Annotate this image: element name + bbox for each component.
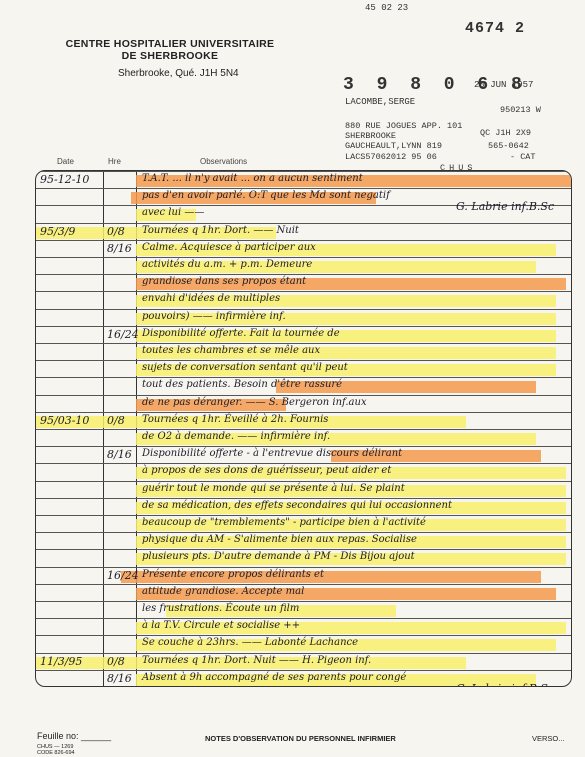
entry-text: grandiose dans ses propos étant	[142, 276, 306, 287]
top-code: 45 02 23	[365, 3, 408, 13]
entry-text: Disponibilité offerte - à l'entrevue dis…	[142, 448, 402, 459]
entry-date: 11/3/95	[40, 655, 82, 668]
birth-date: 20 JUN 1957	[474, 80, 533, 90]
column-header-hour: Hre	[108, 157, 121, 166]
entry-text: pas d'en avoir parlé. O:T que les Md son…	[142, 190, 390, 201]
table-row: 95/3/90/8Tournées q 1hr. Dort. —— Nuit	[36, 223, 571, 240]
table-row: à propos de ses dons de guérisseur, peut…	[36, 463, 571, 480]
entry-hour: 8/16	[107, 672, 132, 685]
column-header-observations: Observations	[200, 157, 247, 166]
entry-text: de ne pas déranger. —— S. Bergeron inf.a…	[142, 397, 367, 408]
entry-text: Disponibilité offerte. Fait la tournée d…	[142, 328, 340, 339]
entry-date: 95-12-10	[40, 173, 89, 186]
entry-text: physique du AM - S'alimente bien aux rep…	[142, 534, 417, 545]
entry-hour: 16/24	[107, 328, 139, 341]
admission-code: 950213 W	[500, 105, 541, 115]
entry-text: T.A.T. ... il n'y avait ... on a aucun s…	[142, 173, 363, 184]
table-row: 16/24Disponibilité offerte. Fait la tour…	[36, 326, 571, 343]
table-row: envahi d'idées de multiples	[36, 291, 571, 308]
doctor-name: GAUCHEAULT,LYNN 819	[345, 141, 442, 151]
entry-text: sujets de conversation sentant qu'il peu…	[142, 362, 348, 373]
entry-text: envahi d'idées de multiples	[142, 293, 280, 304]
table-row: 16/24Présente encore propos délirants et	[36, 567, 571, 584]
insurance-number: LACS57062012 95 06	[345, 152, 437, 162]
table-row: sujets de conversation sentant qu'il peu…	[36, 360, 571, 377]
entry-hour: 8/16	[107, 448, 132, 461]
nurse-signature: G. Labrie inf.B.Sc	[456, 200, 554, 213]
form-code: CHUS — 1269 CODE 826-694	[37, 744, 75, 756]
entry-text: Se couche à 23hrs. —— Labonté Lachance	[142, 637, 358, 648]
entry-text: avec lui ——	[142, 207, 204, 218]
table-row: 11/3/950/8Tournées q 1hr. Dort. Nuit —— …	[36, 653, 571, 670]
entry-hour: 8/16	[107, 242, 132, 255]
institution-name: CENTRE HOSPITALIER UNIVERSITAIRE DE SHER…	[60, 38, 280, 62]
sheet-number-label: Feuille no: ______	[37, 731, 111, 741]
entry-text: Absent à 9h accompagné de ses parents po…	[142, 672, 406, 683]
entry-text: Tournées q 1hr. Dort. —— Nuit	[142, 225, 299, 236]
entry-date: 95/03-10	[40, 414, 89, 427]
category: - CAT	[510, 152, 536, 162]
entry-text: à la T.V. Circule et socialise ++	[142, 620, 300, 631]
table-row: Se couche à 23hrs. —— Labonté Lachance	[36, 635, 571, 652]
nurse-signature: G. Labrie inf.B.Sc	[456, 682, 554, 687]
table-row: toutes les chambres et se mêle aux	[36, 343, 571, 360]
table-row: pouvoirs) —— infirmière inf.	[36, 309, 571, 326]
institution-line1: CENTRE HOSPITALIER UNIVERSITAIRE	[60, 38, 280, 50]
patient-postal: QC J1H 2X9	[480, 128, 531, 138]
table-row: 95/03-100/8Tournées q 1hr. Éveillé à 2h.…	[36, 412, 571, 429]
table-row: physique du AM - S'alimente bien aux rep…	[36, 532, 571, 549]
table-row: de sa médication, des effets secondaires…	[36, 498, 571, 515]
entry-text: à propos de ses dons de guérisseur, peut…	[142, 465, 391, 476]
entry-text: Présente encore propos délirants et	[142, 569, 324, 580]
verso-label: VERSO...	[532, 734, 565, 743]
entry-text: de O2 à demande. —— infirmière inf.	[142, 431, 330, 442]
sheet-value: ______	[81, 731, 111, 741]
entry-text: Tournées q 1hr. Éveillé à 2h. Fournis	[142, 414, 328, 425]
entry-hour: 16/24	[107, 569, 139, 582]
entry-date: 95/3/9	[40, 225, 75, 238]
entry-text: les frustrations. Écoute un film	[142, 603, 299, 614]
record-number: 4674 2	[465, 20, 525, 37]
institution-line2: DE SHERBROOKE	[60, 50, 280, 62]
table-row: 8/16Calme. Acquiesce à participer aux	[36, 240, 571, 257]
entry-text: de sa médication, des effets secondaires…	[142, 500, 452, 511]
sheet-label: Feuille no:	[37, 731, 79, 741]
entry-text: tout des patients. Besoin d'être rassuré	[142, 379, 342, 390]
table-row: 8/16Disponibilité offerte - à l'entrevue…	[36, 446, 571, 463]
table-row: grandiose dans ses propos étant	[36, 274, 571, 291]
doctor-phone: 565-0642	[488, 141, 529, 151]
entry-text: Calme. Acquiesce à participer aux	[142, 242, 316, 253]
institution-address: Sherbrooke, Qué. J1H 5N4	[118, 68, 239, 79]
patient-address: 880 RUE JOGUES APP. 101	[345, 121, 462, 131]
table-row: de ne pas déranger. —— S. Bergeron inf.a…	[36, 395, 571, 412]
table-row: de O2 à demande. —— infirmière inf.	[36, 429, 571, 446]
table-row: tout des patients. Besoin d'être rassuré	[36, 377, 571, 394]
entry-text: beaucoup de "tremblements" - participe b…	[142, 517, 426, 528]
table-row: attitude grandiose. Accepte mal	[36, 584, 571, 601]
entry-text: plusieurs pts. D'autre demande à PM - Di…	[142, 551, 415, 562]
observation-grid: 95-12-10T.A.T. ... il n'y avait ... on a…	[35, 170, 572, 687]
patient-city: SHERBROOKE	[345, 131, 396, 141]
form-code-2: CODE 826-694	[37, 750, 75, 756]
entry-hour: 0/8	[107, 414, 125, 427]
table-row: guérir tout le monde qui se présente à l…	[36, 481, 571, 498]
entry-text: toutes les chambres et se mêle aux	[142, 345, 320, 356]
entry-hour: 0/8	[107, 655, 125, 668]
table-row: beaucoup de "tremblements" - participe b…	[36, 515, 571, 532]
table-row: activités du a.m. + p.m. Demeure	[36, 257, 571, 274]
table-row: avec lui ——G. Labrie inf.B.Sc	[36, 205, 571, 222]
entry-text: Tournées q 1hr. Dort. Nuit —— H. Pigeon …	[142, 655, 371, 666]
entry-text: activités du a.m. + p.m. Demeure	[142, 259, 312, 270]
entry-text: pouvoirs) —— infirmière inf.	[142, 311, 286, 322]
entry-hour: 0/8	[107, 225, 125, 238]
table-row: plusieurs pts. D'autre demande à PM - Di…	[36, 549, 571, 566]
form-title: NOTES D'OBSERVATION DU PERSONNEL INFIRMI…	[205, 734, 396, 743]
table-row: 95-12-10T.A.T. ... il n'y avait ... on a…	[36, 171, 571, 188]
patient-name: LACOMBE,SERGE	[345, 97, 415, 107]
entry-text: attitude grandiose. Accepte mal	[142, 586, 304, 597]
column-header-date: Date	[57, 157, 74, 166]
table-row: à la T.V. Circule et socialise ++	[36, 618, 571, 635]
table-row: les frustrations. Écoute un film	[36, 601, 571, 618]
entry-text: guérir tout le monde qui se présente à l…	[142, 483, 405, 494]
